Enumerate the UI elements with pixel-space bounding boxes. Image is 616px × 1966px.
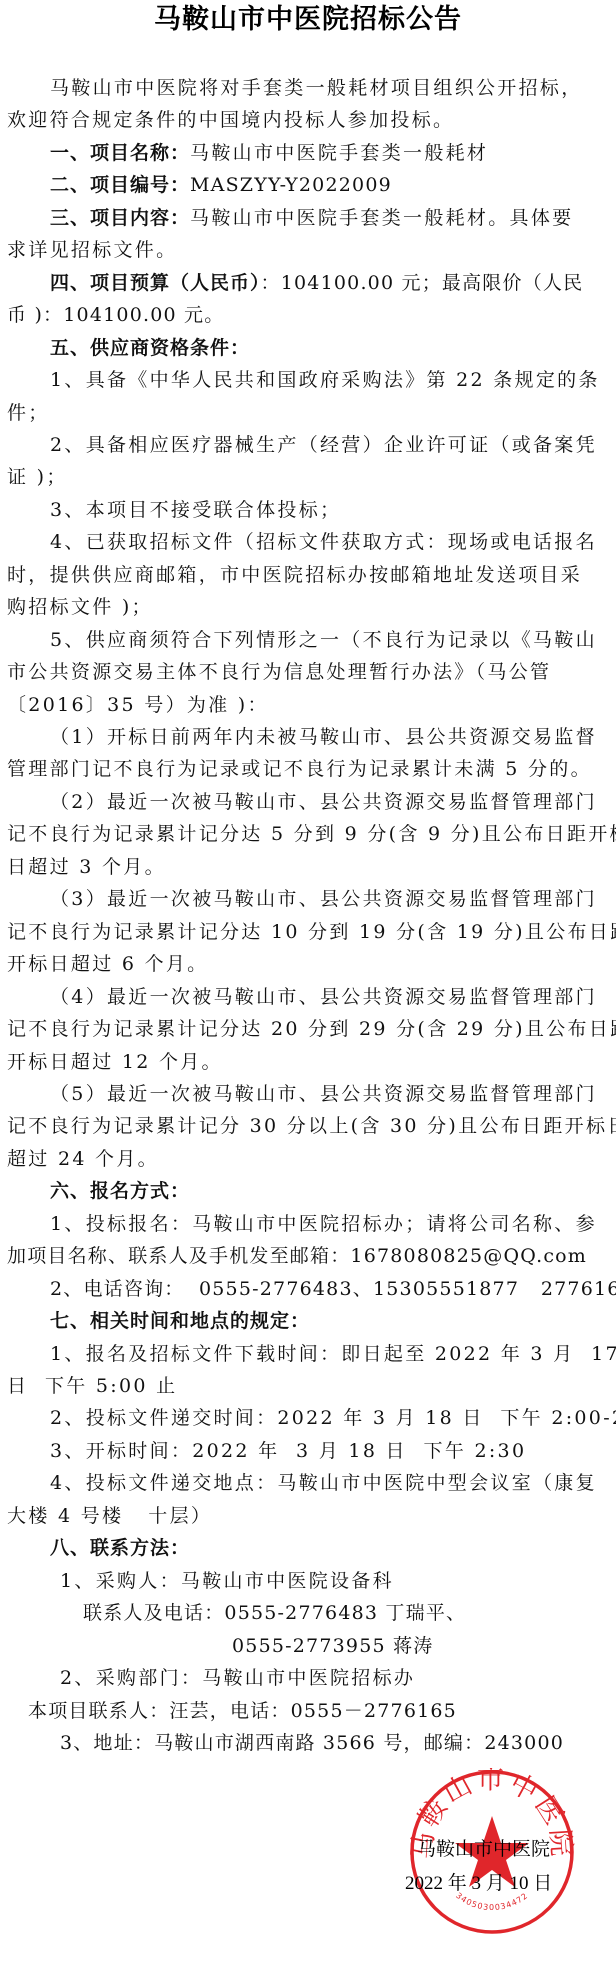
line-text: ：104100.00 元；最高限价（人民 bbox=[261, 272, 584, 294]
document-line: 3、本项目不接受联合体投标； bbox=[50, 497, 341, 523]
line-text: 1、报名及招标文件下载时间：即日起至 2022 年 3 月 17 bbox=[50, 1343, 616, 1365]
document-line: 1、采购人：马鞍山市中医院设备科 bbox=[60, 1568, 394, 1594]
signature-org: 马鞍山市中医院 bbox=[417, 1838, 550, 1862]
line-text: 3、地址：马鞍山市湖西南路 3566 号，邮编：243000 bbox=[60, 1732, 564, 1754]
document-line: （3）最近一次被马鞍山市、县公共资源交易监督管理部门 bbox=[50, 886, 597, 912]
line-text: 证 )； bbox=[7, 466, 68, 488]
document-line: 管理部门记不良行为记录或记不良行为记录累计未满 5 分的。 bbox=[7, 756, 592, 782]
line-text: （4）最近一次被马鞍山市、县公共资源交易监督管理部门 bbox=[50, 986, 597, 1008]
document-line: 2、投标文件递交时间：2022 年 3 月 18 日 下午 2:00-2:30 bbox=[50, 1405, 616, 1431]
document-line: 联系人及电话：0555-2776483 丁瑞平、 bbox=[83, 1600, 466, 1626]
document-line: 大楼 4 号楼 十层） bbox=[7, 1503, 212, 1529]
line-text: （5）最近一次被马鞍山市、县公共资源交易监督管理部门 bbox=[50, 1083, 597, 1105]
document-line: 求详见招标文件。 bbox=[7, 237, 177, 263]
line-text: 开标日超过 12 个月。 bbox=[7, 1051, 223, 1073]
line-text: 4、已获取招标文件（招标文件获取方式：现场或电话报名 bbox=[50, 531, 597, 553]
line-text: 联系人及电话：0555-2776483 丁瑞平、 bbox=[83, 1602, 466, 1624]
document-line: 二、项目编号：MASZYY-Y2022009 bbox=[50, 172, 392, 198]
line-text: 加项目名称、联系人及手机发至邮箱：1678080825@QQ.com bbox=[7, 1245, 587, 1267]
page-title: 马鞍山市中医院招标公告 bbox=[0, 2, 616, 38]
document-line: 〔2016〕35 号）为准 )： bbox=[7, 692, 269, 718]
line-text: 开标日超过 6 个月。 bbox=[7, 953, 208, 975]
line-text: MASZYY-Y2022009 bbox=[190, 174, 392, 196]
announcement-page: 马鞍山市中医院招标公告 马鞍山市中医院将对手套类一般耗材项目组织公开招标，欢迎符… bbox=[0, 0, 616, 1966]
line-text: 时，提供供应商邮箱，市中医院招标办按邮箱地址发送项目采 bbox=[7, 564, 582, 586]
line-text: 2、采购部门：马鞍山市中医院招标办 bbox=[60, 1667, 415, 1689]
line-text: 大楼 4 号楼 十层） bbox=[7, 1505, 212, 1527]
line-text: 记不良行为记录累计记分 30 分以上(含 30 分)且公布日距开标日 bbox=[7, 1115, 616, 1137]
line-text: （1）开标日前两年内未被马鞍山市、县公共资源交易监督 bbox=[50, 726, 597, 748]
document-line: 1、投标报名：马鞍山市中医院招标办；请将公司名称、参 bbox=[50, 1211, 597, 1237]
document-line: （5）最近一次被马鞍山市、县公共资源交易监督管理部门 bbox=[50, 1081, 597, 1107]
line-text: （2）最近一次被马鞍山市、县公共资源交易监督管理部门 bbox=[50, 791, 597, 813]
document-line: 2、具备相应医疗器械生产（经营）企业许可证（或备案凭 bbox=[50, 432, 597, 458]
document-line: 币 )：104100.00 元。 bbox=[7, 302, 224, 328]
line-text: 币 )：104100.00 元。 bbox=[7, 304, 224, 326]
document-line: 1、报名及招标文件下载时间：即日起至 2022 年 3 月 17 bbox=[50, 1341, 616, 1367]
line-text: 5、供应商须符合下列情形之一（不良行为记录以《马鞍山 bbox=[50, 629, 597, 651]
document-line: 加项目名称、联系人及手机发至邮箱：1678080825@QQ.com bbox=[7, 1243, 587, 1269]
signature-date: 2022 年 3 月 10 日 bbox=[405, 1872, 552, 1896]
line-text: 日超过 3 个月。 bbox=[7, 856, 166, 878]
document-line: 日超过 3 个月。 bbox=[7, 854, 166, 880]
line-text: 马鞍山市中医院手套类一般耗材 bbox=[190, 142, 488, 164]
document-line: 马鞍山市中医院将对手套类一般耗材项目组织公开招标， bbox=[50, 75, 583, 101]
document-line: 开标日超过 6 个月。 bbox=[7, 951, 208, 977]
line-text: （3）最近一次被马鞍山市、县公共资源交易监督管理部门 bbox=[50, 888, 597, 910]
document-line: （4）最近一次被马鞍山市、县公共资源交易监督管理部门 bbox=[50, 984, 597, 1010]
line-text: 马鞍山市中医院手套类一般耗材。具体要 bbox=[190, 207, 573, 229]
section-heading: 八、联系方法： bbox=[50, 1537, 190, 1559]
document-line: 八、联系方法： bbox=[50, 1535, 190, 1561]
line-text: 记不良行为记录累计记分达 10 分到 19 分(含 19 分)且公布日距 bbox=[7, 921, 616, 943]
document-line: 四、项目预算（人民币）：104100.00 元；最高限价（人民 bbox=[50, 270, 583, 296]
document-line: 2、电话咨询： 0555-2776483、15305551877 2776165… bbox=[50, 1276, 616, 1302]
section-heading: 三、项目内容： bbox=[50, 207, 190, 229]
line-text: 件； bbox=[7, 402, 50, 424]
document-line: 开标日超过 12 个月。 bbox=[7, 1049, 223, 1075]
document-line: 记不良行为记录累计记分达 20 分到 29 分(含 29 分)且公布日距 bbox=[7, 1016, 616, 1042]
line-text: 求详见招标文件。 bbox=[7, 239, 177, 261]
section-heading: 五、供应商资格条件： bbox=[50, 337, 250, 359]
document-line: 本项目联系人：汪芸，电话：0555－2776165 bbox=[28, 1698, 457, 1724]
line-text: 2、投标文件递交时间：2022 年 3 月 18 日 下午 2:00-2:30 bbox=[50, 1407, 616, 1429]
document-line: 证 )； bbox=[7, 464, 68, 490]
document-line: 五、供应商资格条件： bbox=[50, 335, 250, 361]
document-line: 记不良行为记录累计记分达 5 分到 9 分(含 9 分)且公布日距开标 bbox=[7, 821, 616, 847]
document-line: （1）开标日前两年内未被马鞍山市、县公共资源交易监督 bbox=[50, 724, 597, 750]
section-heading: 一、项目名称： bbox=[50, 142, 190, 164]
document-line: 购招标文件 )； bbox=[7, 594, 153, 620]
document-line: 5、供应商须符合下列情形之一（不良行为记录以《马鞍山 bbox=[50, 627, 597, 653]
line-text: 1、投标报名：马鞍山市中医院招标办；请将公司名称、参 bbox=[50, 1213, 597, 1235]
line-text: 市公共资源交易主体不良行为信息处理暂行办法》（马公管 bbox=[7, 661, 551, 683]
line-text: 购招标文件 )； bbox=[7, 596, 153, 618]
line-text: 0555-2773955 蒋涛 bbox=[232, 1635, 433, 1657]
section-heading: 六、报名方式： bbox=[50, 1180, 190, 1202]
line-text: 管理部门记不良行为记录或记不良行为记录累计未满 5 分的。 bbox=[7, 758, 592, 780]
line-text: 4、投标文件递交地点：马鞍山市中医院中型会议室（康复 bbox=[50, 1472, 597, 1494]
line-text: 2、电话咨询： 0555-2776483、15305551877 2776165… bbox=[50, 1278, 616, 1300]
document-line: （2）最近一次被马鞍山市、县公共资源交易监督管理部门 bbox=[50, 789, 597, 815]
document-line: 1、具备《中华人民共和国政府采购法》第 22 条规定的条 bbox=[50, 367, 600, 393]
document-line: 超过 24 个月。 bbox=[7, 1146, 159, 1172]
line-text: 1、采购人：马鞍山市中医院设备科 bbox=[60, 1570, 394, 1592]
document-line: 4、投标文件递交地点：马鞍山市中医院中型会议室（康复 bbox=[50, 1470, 597, 1496]
line-text: 超过 24 个月。 bbox=[7, 1148, 159, 1170]
line-text: 2、具备相应医疗器械生产（经营）企业许可证（或备案凭 bbox=[50, 434, 597, 456]
line-text: 3、本项目不接受联合体投标； bbox=[50, 499, 341, 521]
document-line: 件； bbox=[7, 400, 50, 426]
document-line: 六、报名方式： bbox=[50, 1178, 190, 1204]
document-line: 市公共资源交易主体不良行为信息处理暂行办法》（马公管 bbox=[7, 659, 551, 685]
section-heading: 四、项目预算（人民币） bbox=[50, 272, 261, 294]
document-line: 三、项目内容：马鞍山市中医院手套类一般耗材。具体要 bbox=[50, 205, 573, 231]
section-heading: 七、相关时间和地点的规定： bbox=[50, 1310, 310, 1332]
document-line: 一、项目名称：马鞍山市中医院手套类一般耗材 bbox=[50, 140, 488, 166]
document-line: 欢迎符合规定条件的中国境内投标人参加投标。 bbox=[7, 107, 454, 133]
line-text: 欢迎符合规定条件的中国境内投标人参加投标。 bbox=[7, 109, 454, 131]
document-line: 七、相关时间和地点的规定： bbox=[50, 1308, 310, 1334]
document-line: 日 下午 5:00 止 bbox=[7, 1373, 177, 1399]
document-line: 记不良行为记录累计记分 30 分以上(含 30 分)且公布日距开标日 bbox=[7, 1113, 616, 1139]
line-text: 本项目联系人：汪芸，电话：0555－2776165 bbox=[28, 1700, 457, 1722]
document-line: 4、已获取招标文件（招标文件获取方式：现场或电话报名 bbox=[50, 529, 597, 555]
document-line: 3、开标时间：2022 年 3 月 18 日 下午 2:30 bbox=[50, 1438, 526, 1464]
document-line: 2、采购部门：马鞍山市中医院招标办 bbox=[60, 1665, 415, 1691]
line-text: 记不良行为记录累计记分达 5 分到 9 分(含 9 分)且公布日距开标 bbox=[7, 823, 616, 845]
document-line: 记不良行为记录累计记分达 10 分到 19 分(含 19 分)且公布日距 bbox=[7, 919, 616, 945]
document-line: 3、地址：马鞍山市湖西南路 3566 号，邮编：243000 bbox=[60, 1730, 564, 1756]
document-line: 时，提供供应商邮箱，市中医院招标办按邮箱地址发送项目采 bbox=[7, 562, 582, 588]
line-text: 记不良行为记录累计记分达 20 分到 29 分(含 29 分)且公布日距 bbox=[7, 1018, 616, 1040]
line-text: 日 下午 5:00 止 bbox=[7, 1375, 177, 1397]
section-heading: 二、项目编号： bbox=[50, 174, 190, 196]
line-text: 马鞍山市中医院将对手套类一般耗材项目组织公开招标， bbox=[50, 77, 583, 99]
line-text: 3、开标时间：2022 年 3 月 18 日 下午 2:30 bbox=[50, 1440, 526, 1462]
document-line: 0555-2773955 蒋涛 bbox=[232, 1633, 433, 1659]
line-text: 1、具备《中华人民共和国政府采购法》第 22 条规定的条 bbox=[50, 369, 600, 391]
line-text: 〔2016〕35 号）为准 )： bbox=[7, 694, 269, 716]
